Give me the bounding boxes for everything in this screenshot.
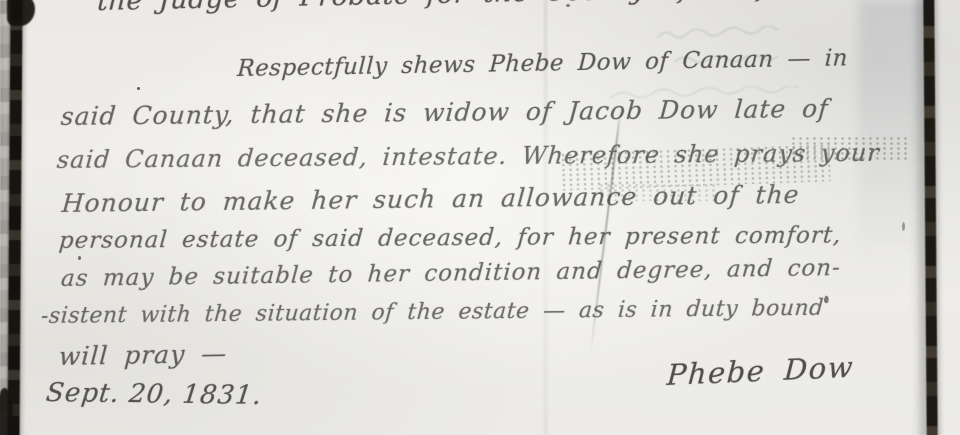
bleed-through-mark: [655, 26, 780, 46]
date-line: Sept. 20, 1831.: [44, 378, 263, 411]
petition-body-line-3: Honour to make her such an allowance out…: [61, 180, 801, 218]
petition-salutation-line: Respectfully shews Phebe Dow of Canaan —…: [237, 45, 849, 82]
scan-speck: [902, 222, 905, 231]
scan-shadow-haze: [858, 0, 928, 265]
petition-addressee-line: the Judge of Probate for the County of G…: [96, 0, 858, 17]
petition-body-line-4: personal estate of said deceased, for he…: [58, 223, 843, 254]
petition-body-line-6: -sistent with the situation of the estat…: [40, 296, 825, 329]
scan-border-blob-top-left: [7, 0, 35, 26]
petition-body-line-1: said County, that she is widow of Jacob …: [60, 94, 830, 131]
scan-border-left: [7, 0, 22, 435]
scan-speck: [78, 256, 81, 260]
signature: Phebe Dow: [666, 350, 855, 392]
petition-body-line-7: will pray —: [58, 339, 228, 371]
scan-speck: [137, 87, 140, 90]
scanned-document-page: the Judge of Probate for the County of G…: [0, 0, 960, 435]
scan-border-right: [923, 0, 937, 435]
petition-body-line-5: as may be suitable to her condition and …: [60, 255, 842, 292]
